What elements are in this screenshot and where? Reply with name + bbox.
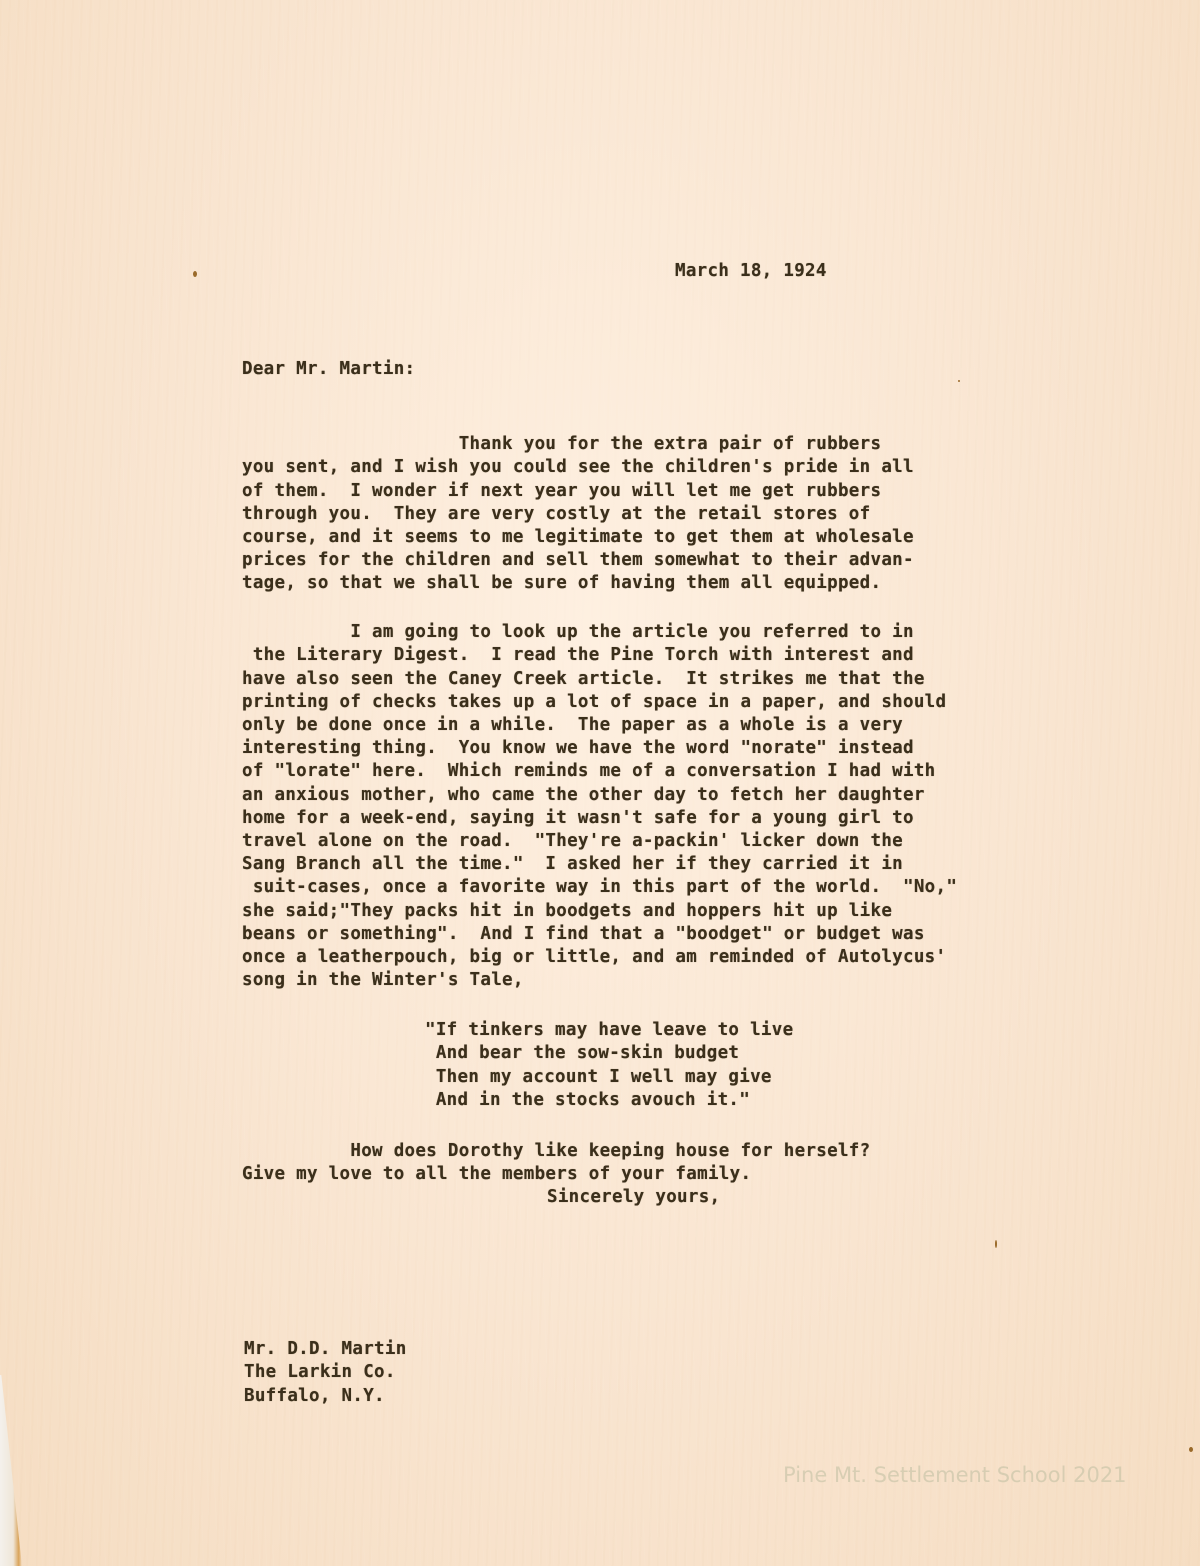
verse-quotation: "If tinkers may have leave to live And b… bbox=[425, 996, 793, 1112]
text-line: Thank you for the extra pair of rubbers bbox=[242, 433, 914, 456]
text-line: you sent, and I wish you could see the c… bbox=[242, 456, 914, 479]
text-line: once a leatherpouch, big or little, and … bbox=[242, 946, 957, 969]
text-line: she said;"They packs hit in boodgets and… bbox=[242, 900, 957, 923]
letter-date: March 18, 1924 bbox=[675, 260, 827, 283]
text-line: the Literary Digest. I read the Pine Tor… bbox=[242, 644, 957, 667]
address-line: The Larkin Co. bbox=[244, 1361, 407, 1384]
verse-line: Then my account I well may give bbox=[425, 1066, 793, 1089]
text-line: prices for the children and sell them so… bbox=[242, 549, 914, 572]
text-line: through you. They are very costly at the… bbox=[242, 503, 914, 526]
letter-salutation: Dear Mr. Martin: bbox=[242, 358, 415, 381]
address-line: Buffalo, N.Y. bbox=[244, 1385, 407, 1408]
text-line: course, and it seems to me legitimate to… bbox=[242, 526, 914, 549]
paper-speck bbox=[1189, 1447, 1193, 1452]
text-line: an anxious mother, who came the other da… bbox=[242, 784, 957, 807]
text-line: printing of checks takes up a lot of spa… bbox=[242, 691, 957, 714]
text-line: song in the Winter's Tale, bbox=[242, 969, 957, 992]
address-line: Mr. D.D. Martin bbox=[244, 1338, 407, 1361]
letter-paragraph-2: I am going to look up the article you re… bbox=[242, 598, 957, 992]
text-line: have also seen the Caney Creek article. … bbox=[242, 668, 957, 691]
verse-line: "If tinkers may have leave to live bbox=[425, 1019, 793, 1042]
text-line: only be done once in a while. The paper … bbox=[242, 714, 957, 737]
text-line: How does Dorothy like keeping house for … bbox=[242, 1140, 870, 1163]
verse-line: And in the stocks avouch it." bbox=[425, 1089, 793, 1112]
text-line: home for a week-end, saying it wasn't sa… bbox=[242, 807, 957, 830]
letter-paragraph-1: Thank you for the extra pair of rubbersy… bbox=[242, 410, 914, 596]
verse-line: And bear the sow-skin budget bbox=[425, 1042, 793, 1065]
recipient-address: Mr. D.D. MartinThe Larkin Co.Buffalo, N.… bbox=[244, 1315, 407, 1408]
paper-speck bbox=[995, 1240, 997, 1248]
closing-paragraph: How does Dorothy like keeping house for … bbox=[242, 1117, 870, 1187]
text-line: suit-cases, once a favorite way in this … bbox=[242, 876, 957, 899]
text-line: tage, so that we shall be sure of having… bbox=[242, 572, 914, 595]
text-line: Give my love to all the members of your … bbox=[242, 1163, 870, 1186]
text-line: of them. I wonder if next year you will … bbox=[242, 480, 914, 503]
letter-signoff: Sincerely yours, bbox=[547, 1186, 720, 1209]
text-line: of "lorate" here. Which reminds me of a … bbox=[242, 760, 957, 783]
text-line: beans or something". And I find that a "… bbox=[242, 923, 957, 946]
text-line: I am going to look up the article you re… bbox=[242, 621, 957, 644]
text-line: travel alone on the road. "They're a-pac… bbox=[242, 830, 957, 853]
paper-edge-shadow bbox=[0, 1375, 22, 1566]
text-line: Sang Branch all the time." I asked her i… bbox=[242, 853, 957, 876]
archive-watermark: Pine Mt. Settlement School 2021 bbox=[783, 1463, 1127, 1487]
text-line: interesting thing. You know we have the … bbox=[242, 737, 957, 760]
paper-speck bbox=[193, 271, 197, 277]
paper-speck bbox=[958, 380, 960, 382]
